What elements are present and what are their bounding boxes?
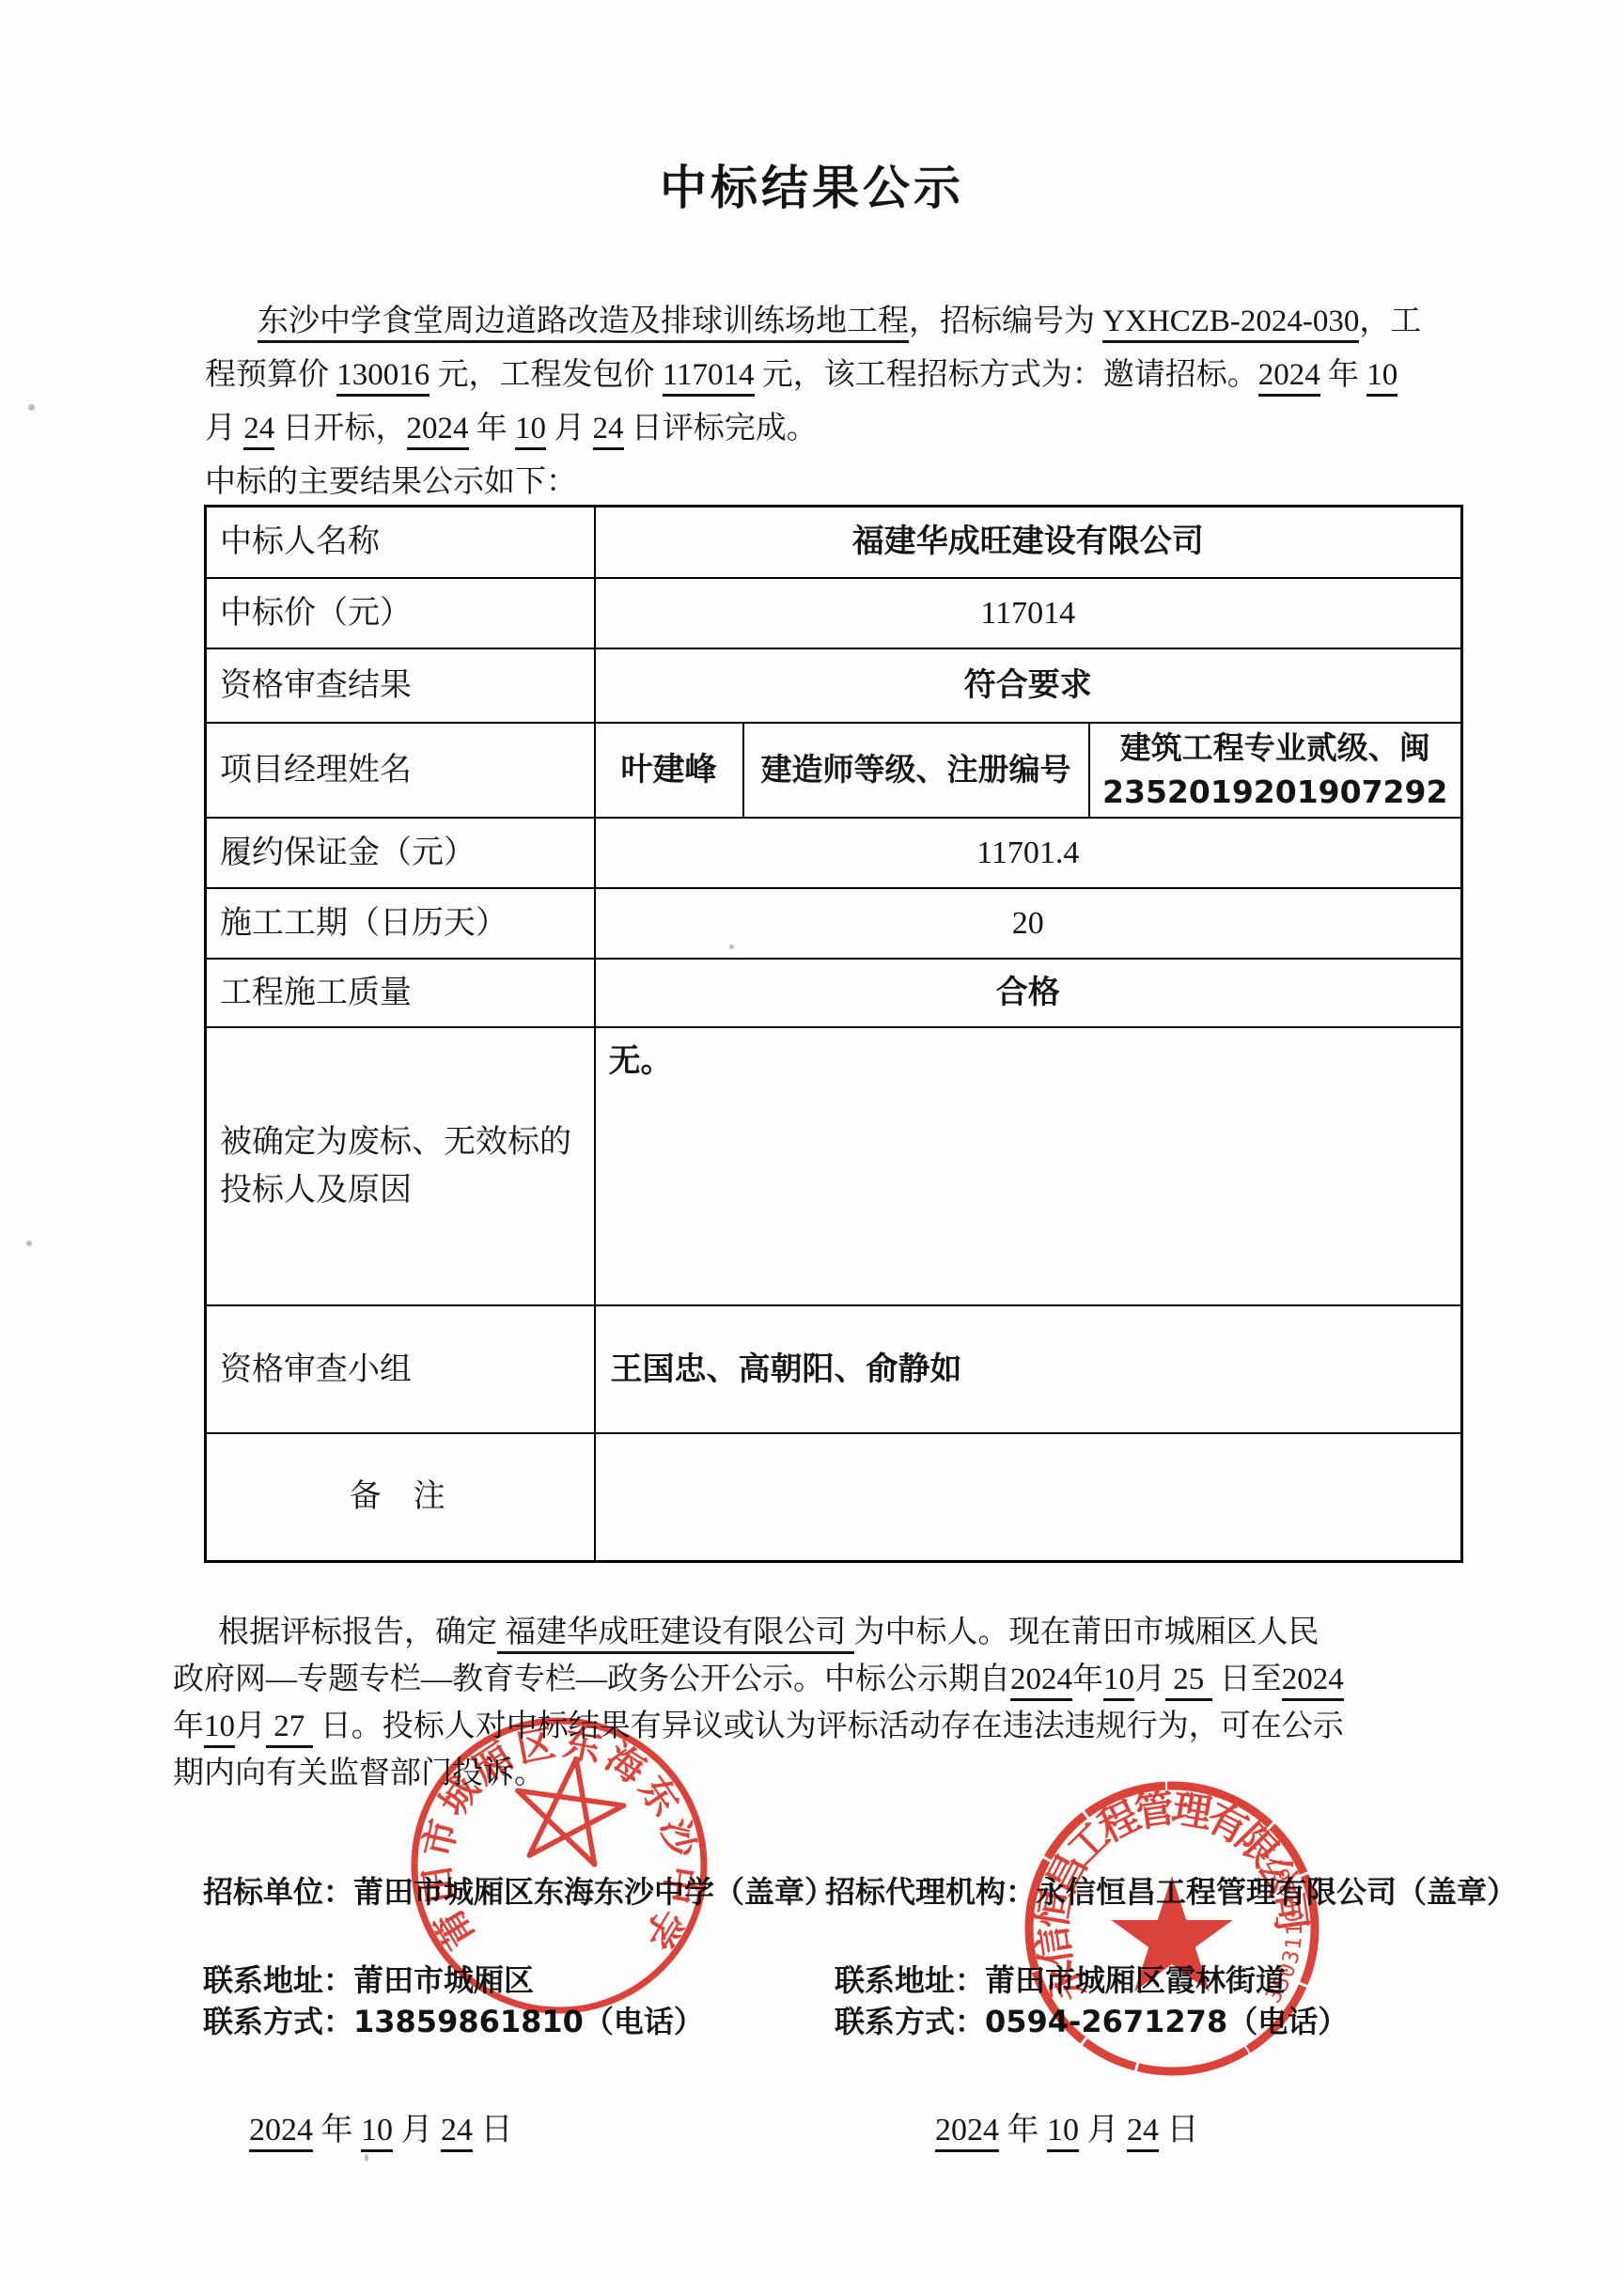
table-row: 履约保证金（元）11701.4 xyxy=(206,818,1462,888)
underlined-text: 10 xyxy=(204,1710,235,1748)
paragraph-line: 政府网—专题专栏—教育专栏—政务公开公示。中标公示期自2024年10月 25 日… xyxy=(173,1656,1344,1703)
date-left: 2024 年 10 月 24 日 xyxy=(249,2103,513,2149)
underlined-text: 117014 xyxy=(663,358,755,397)
bid-result-table: 中标人名称福建华成旺建设有限公司中标价（元）117014资格审查结果符合要求项目… xyxy=(204,505,1463,1563)
underlined-text: 27 xyxy=(266,1710,313,1748)
text-run: 年 xyxy=(1320,358,1367,392)
scan-speck xyxy=(729,945,734,949)
table-row: 中标价（元）117014 xyxy=(206,578,1462,648)
text-run: 根据评标报告，确定 xyxy=(218,1616,497,1649)
scan-speck xyxy=(28,404,35,411)
underlined-text: YXHCZB-2024-030 xyxy=(1102,305,1359,343)
text-run: 日 xyxy=(1159,2113,1199,2147)
table-cell: 项目经理姓名 xyxy=(206,723,595,819)
underlined-text: 2024 xyxy=(1258,358,1320,397)
underlined-text: 10 xyxy=(361,2113,393,2152)
paragraph-line: 中标的主要结果公示如下： xyxy=(205,456,1421,509)
underlined-text: 10 xyxy=(1047,2113,1079,2152)
school-seal-stamp: 莆田市城厢区东海东沙中学 xyxy=(401,1708,717,2023)
table-row: 备 注 xyxy=(206,1433,1462,1561)
text-run: ，招标编号为 xyxy=(909,305,1102,338)
table-cell: 王国忠、高朝阳、俞静如 xyxy=(595,1305,1462,1433)
table-cell: 无。 xyxy=(595,1027,1462,1305)
underlined-text: 2024 xyxy=(407,412,469,450)
paragraph-line: 年10月 27 日。投标人对中标结果有异议或认为评标活动存在违法违规行为，可在公… xyxy=(173,1703,1344,1750)
text-run: ，工 xyxy=(1359,305,1421,338)
table-row: 施工工期（日历天）20 xyxy=(206,888,1462,959)
table-cell: 被确定为废标、无效标的投标人及原因 xyxy=(206,1027,595,1305)
underlined-text: 24 xyxy=(243,412,274,450)
underlined-text: 2024 xyxy=(249,2113,313,2152)
table-cell: 中标价（元） xyxy=(206,578,595,648)
table-row: 工程施工质量合格 xyxy=(206,959,1462,1027)
text-run: 日 xyxy=(473,2113,513,2147)
text-run: 为中标人。现在莆田市城厢区人民 xyxy=(854,1616,1319,1649)
table-row: 项目经理姓名叶建峰建造师等级、注册编号建筑工程专业贰级、闽23520192019… xyxy=(206,723,1462,819)
scan-speck xyxy=(26,1241,32,1246)
closing-paragraph: 根据评标报告，确定 福建华成旺建设有限公司 为中标人。现在莆田市城厢区人民政府网… xyxy=(173,1609,1344,1797)
text-run: 元，工程发包价 xyxy=(429,358,663,392)
text-run: 年 xyxy=(173,1710,204,1743)
table-cell: 11701.4 xyxy=(595,818,1462,888)
text-run: 月 xyxy=(393,2113,441,2147)
text-run: 月 xyxy=(1134,1663,1165,1696)
table-cell: 福建华成旺建设有限公司 xyxy=(595,507,1462,578)
paragraph-line: 程预算价 130016 元，工程发包价 117014 元，该工程招标方式为：邀请… xyxy=(205,349,1421,402)
table-cell: 资格审查结果 xyxy=(206,648,595,723)
paragraph-line: 根据评标报告，确定 福建华成旺建设有限公司 为中标人。现在莆田市城厢区人民 xyxy=(173,1609,1344,1656)
table-cell: 工程施工质量 xyxy=(206,959,595,1027)
text-run: 日开标， xyxy=(274,412,406,445)
scan-speck xyxy=(365,2154,368,2162)
text-run: 日评标完成。 xyxy=(624,412,818,445)
text-run: 年 xyxy=(313,2113,361,2147)
table-cell: 备 注 xyxy=(206,1433,595,1561)
text-run: 年 xyxy=(1072,1663,1103,1696)
table-cell: 施工工期（日历天） xyxy=(206,888,595,959)
text-run: 日至 xyxy=(1212,1663,1282,1696)
table-cell xyxy=(595,1433,1462,1561)
table-cell: 履约保证金（元） xyxy=(206,818,595,888)
text-run: 月 xyxy=(1079,2113,1127,2147)
text-run: 政府网—专题专栏—教育专栏—政务公开公示。中标公示期自 xyxy=(173,1663,1010,1696)
underlined-text: 福建华成旺建设有限公司 xyxy=(497,1616,854,1654)
underlined-text: 24 xyxy=(1127,2113,1159,2152)
underlined-text: 2024 xyxy=(1010,1663,1072,1701)
star-icon xyxy=(1111,1876,1232,1991)
text-run: 月 xyxy=(546,412,593,445)
table-row: 资格审查小组王国忠、高朝阳、俞静如 xyxy=(206,1305,1462,1433)
paragraph-line: 月 24 日开标，2024 年 10 月 24 日评标完成。 xyxy=(205,402,1421,456)
table-cell: 符合要求 xyxy=(595,648,1462,723)
table-cell: 合格 xyxy=(595,959,1462,1027)
bid-result-table-body: 中标人名称福建华成旺建设有限公司中标价（元）117014资格审查结果符合要求项目… xyxy=(206,507,1462,1562)
underlined-text: 25 xyxy=(1165,1663,1212,1701)
text-run: 月 xyxy=(205,412,243,445)
agency-seal-stamp: 永信恒昌工程管理有限公司 3503110026711 xyxy=(1014,1771,1330,2086)
text-run: 月 xyxy=(235,1710,266,1743)
table-row: 资格审查结果符合要求 xyxy=(206,648,1462,723)
table-cell: 中标人名称 xyxy=(206,507,595,578)
document-page: 中标结果公示 东沙中学食堂周边道路改造及排球训练场地工程，招标编号为 YXHCZ… xyxy=(0,0,1624,2280)
underlined-text: 130016 xyxy=(336,358,429,397)
table-cell: 叶建峰 xyxy=(595,723,743,819)
underlined-text: 2024 xyxy=(935,2113,999,2152)
page-title: 中标结果公示 xyxy=(0,150,1624,218)
text-run: 元，该工程招标方式为：邀请招标。 xyxy=(755,358,1258,392)
table-cell: 建造师等级、注册编号 xyxy=(743,723,1089,819)
table-cell: 建筑工程专业贰级、闽2352019201907292 xyxy=(1089,723,1462,819)
table-cell: 117014 xyxy=(595,578,1462,648)
table-row: 被确定为废标、无效标的投标人及原因无。 xyxy=(206,1027,1462,1305)
underlined-text: 10 xyxy=(1103,1663,1134,1701)
table-cell: 20 xyxy=(595,888,1462,959)
text-run: 中标的主要结果公示如下： xyxy=(205,465,577,499)
underlined-text: 10 xyxy=(515,412,546,450)
text-run: 程预算价 xyxy=(205,358,336,392)
date-right: 2024 年 10 月 24 日 xyxy=(935,2103,1199,2149)
text-run: 年 xyxy=(999,2113,1047,2147)
underlined-text: 2024 xyxy=(1282,1663,1344,1701)
table-row: 中标人名称福建华成旺建设有限公司 xyxy=(206,507,1462,578)
text-run: 年 xyxy=(469,412,516,445)
underlined-text: 10 xyxy=(1366,358,1398,397)
intro-paragraph: 东沙中学食堂周边道路改造及排球训练场地工程，招标编号为 YXHCZB-2024-… xyxy=(205,295,1421,509)
underlined-text: 东沙中学食堂周边道路改造及排球训练场地工程 xyxy=(258,305,909,343)
table-cell: 资格审查小组 xyxy=(206,1305,595,1433)
underlined-text: 24 xyxy=(441,2113,473,2152)
underlined-text: 24 xyxy=(593,412,624,450)
paragraph-line: 东沙中学食堂周边道路改造及排球训练场地工程，招标编号为 YXHCZB-2024-… xyxy=(205,295,1421,349)
